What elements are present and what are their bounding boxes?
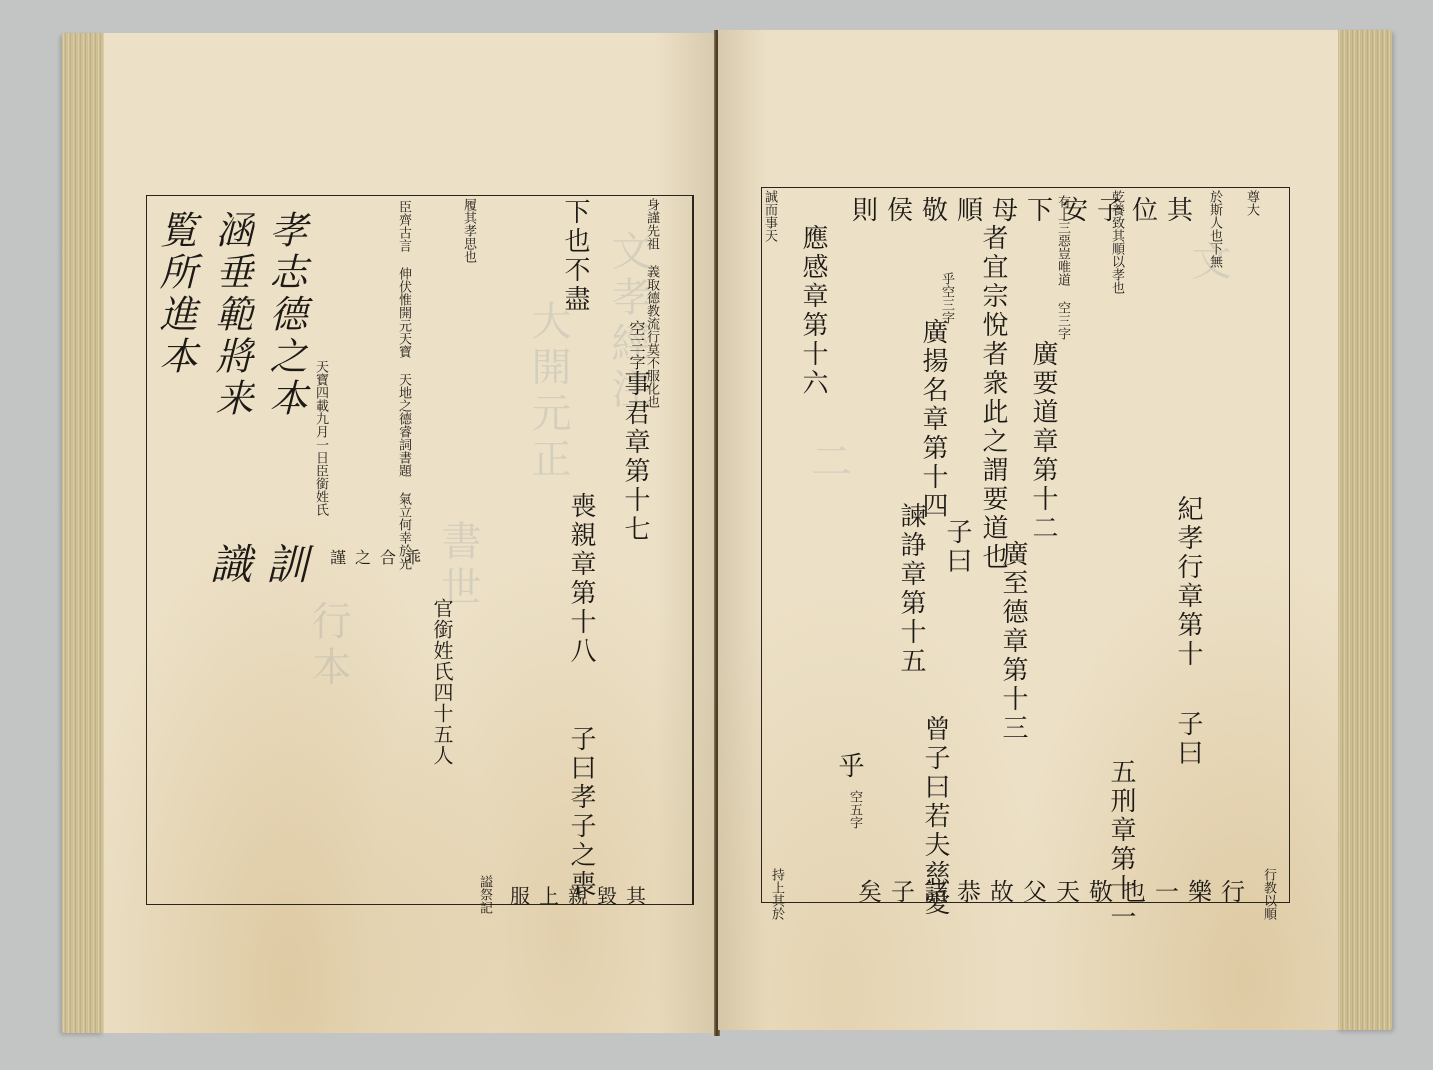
right-top-note-4: 誠而事天 xyxy=(763,190,776,230)
right-col-hu: 乎 xyxy=(836,752,862,781)
preface-line-1: 孝志德之本 xyxy=(266,210,304,420)
right-bottom-row: 行樂一也敬天父故恭諸子矣 xyxy=(858,872,1254,907)
book-spread: 文孝經注 大開元正 書世 行本 文 二 身謹先祖 義取德教流行莫不服化也 空三字… xyxy=(0,0,1433,1070)
right-top-row: 其位子安下母順敬侯則 xyxy=(852,190,1202,227)
right-top-note-3: 乾養致其順以孝也 xyxy=(1110,190,1123,230)
chapter-text-18: 子曰孝子之喪 xyxy=(568,725,594,899)
seal-note: 謹之合乖 xyxy=(330,545,430,568)
chapter-heading-18: 喪親章第十八 xyxy=(568,492,594,666)
left-page-edges xyxy=(62,33,104,1033)
right-note-kongwu: 空五字 xyxy=(848,790,861,829)
right-bottom-note-2: 持上其於 xyxy=(770,868,783,898)
left-bottom-row: 服上親毀其 xyxy=(510,880,655,909)
chapter-heading-16: 應感章第十六 xyxy=(800,224,826,398)
chapter-heading-15: 諫諍章第十五 xyxy=(898,502,924,676)
signature: 識訓 xyxy=(210,532,322,592)
chapter-heading-17: 事君章第十七 xyxy=(622,370,648,544)
right-col-yaodao: 者宜宗悅者衆此之謂要道也 xyxy=(980,224,1006,572)
preface-line-3: 覧所進本 xyxy=(156,210,194,378)
chapter-heading-14: 廣揚名章第十四 xyxy=(920,318,946,521)
right-bottom-note-1: 行教以順 xyxy=(1262,868,1275,898)
chapter-heading-13: 廣至德章第十三 xyxy=(1000,540,1026,743)
left-col-text-3: 下也不盡 xyxy=(562,198,588,314)
left-bottom-note: 謚祭記 xyxy=(478,875,491,914)
left-col-note-4: 履其孝思也 xyxy=(462,198,475,263)
preface-line-2: 涵垂範將来 xyxy=(212,210,250,420)
left-col-note-kong: 空三字 xyxy=(628,320,644,371)
right-note-hu: 乎空三字 xyxy=(940,272,953,324)
right-col-ziyue-14: 子曰 xyxy=(944,518,970,576)
chapter-heading-12: 廣要道章第十二 xyxy=(1030,340,1056,543)
right-page-edges xyxy=(1336,30,1392,1030)
officials-line: 官銜姓氏四十五人 xyxy=(432,598,452,766)
right-top-note-1: 尊大 xyxy=(1245,190,1258,230)
right-col-ziyue-10: 子曰 xyxy=(1175,710,1201,768)
date-line: 天寶四載九月一日臣銜姓氏 xyxy=(314,360,327,516)
right-top-note-2: 於斯人也下無 xyxy=(1208,190,1221,230)
chapter-heading-10: 紀孝行章第十 xyxy=(1175,495,1201,669)
left-col-note-5: 臣齊古言 伸伏惟開元天寶 天地之德睿詞書題 氣立何幸於光 xyxy=(360,200,410,570)
